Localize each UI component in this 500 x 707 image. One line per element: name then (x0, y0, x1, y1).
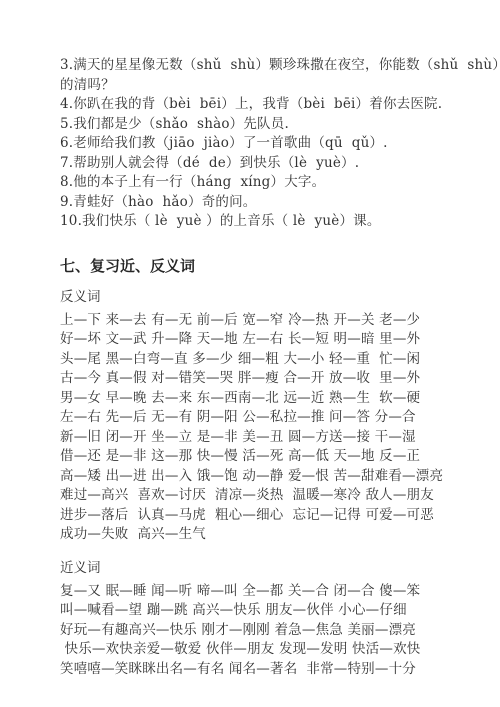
exercise-line: 6.老师给我们教（jiāo jiào）了一首歌曲（qū qǔ）. (60, 134, 460, 154)
antonym-line: 新—旧 闭—开 坐—立 是—非 美—丑 圆—方送—接 干—湿 (60, 428, 460, 448)
pinyin-exercise-block: 3.满天的星星像无数（shǔ shù）颗珍珠撒在夜空，你能数（shǔ shù） … (60, 56, 460, 232)
antonyms-block: 上—下 来—去 有—无 前—后 宽—窄 冷—热 开—关 老—少 好—坏 文—武 … (60, 311, 460, 545)
document-page: 3.满天的星星像无数（shǔ shù）颗珍珠撒在夜空，你能数（shǔ shù） … (0, 0, 500, 707)
antonym-line: 借—还 是—非 这—那 快—慢 活—死 高—低 天—地 反—正 (60, 447, 460, 467)
antonym-line: 左—右 先—后 无—有 阴—阳 公—私拉—推 问—答 分—合 (60, 408, 460, 428)
antonym-line: 高—矮 出—进 出—入 饿—饱 动—静 爱—恨 苦—甜难看—漂亮 (60, 467, 460, 487)
exercise-line: 4.你趴在我的背（bèi bēi）上，我背（bèi bēi）着你去医院. (60, 95, 460, 115)
antonym-line: 难过—高兴 喜欢—讨厌 清凉—炎热 温暖—寒冷 敌人—朋友 (60, 486, 460, 506)
synonym-line: 快乐—欢快亲爱—敬爱 伙伴—朋友 发现—发明 快活—欢快 (60, 640, 460, 660)
antonyms-label: 反义词 (60, 288, 460, 307)
synonym-line: 叫—喊看—望 蹦—跳 高兴—快乐 朋友—伙伴 小心—仔细 (60, 601, 460, 621)
antonym-line: 男—女 早—晚 去—来 东—西南—北 远—近 熟—生 软—硬 (60, 389, 460, 409)
exercise-line: 10.我们快乐（ lè yuè ）的上音乐（ lè yuè）课。 (60, 212, 460, 232)
exercise-line: 3.满天的星星像无数（shǔ shù）颗珍珠撒在夜空，你能数（shǔ shù） (60, 56, 460, 76)
synonyms-label: 近义词 (60, 559, 460, 578)
synonym-line: 复—又 眠—睡 闻—听 啼—叫 全—都 关—合 闭—合 傻—笨 (60, 582, 460, 602)
antonym-line: 古—今 真—假 对—错笑—哭 胖—瘦 合—开 放—收 里—外 (60, 369, 460, 389)
exercise-line: 8.他的本子上有一行（háng xíng）大字。 (60, 173, 460, 193)
exercise-line: 的清吗？ (60, 76, 460, 96)
exercise-line: 7.帮助别人就会得（dé de）到快乐（lè yuè）. (60, 154, 460, 174)
antonym-line: 进步—落后 认真—马虎 粗心—细心 忘记—记得 可爱—可恶 (60, 506, 460, 526)
synonyms-block: 复—又 眠—睡 闻—听 啼—叫 全—都 关—合 闭—合 傻—笨 叫—喊看—望 蹦… (60, 582, 460, 680)
antonym-line: 上—下 来—去 有—无 前—后 宽—窄 冷—热 开—关 老—少 (60, 311, 460, 331)
antonym-line: 头—尾 黑—白弯—直 多—少 细—粗 大—小 轻—重 忙—闲 (60, 350, 460, 370)
exercise-line: 9.青蛙好（hào hǎo）奇的问。 (60, 193, 460, 213)
exercise-line: 5.我们都是少（shǎo shào）先队员. (60, 115, 460, 135)
antonym-line: 好—坏 文—武 升—降 天—地 左—右 长—短 明—暗 里—外 (60, 330, 460, 350)
antonym-line: 成功—失败 高兴—生气 (60, 525, 460, 545)
synonym-line: 笑嘻嘻—笑眯眯出名—有名 闻名—著名 非常—特别—十分 (60, 660, 460, 680)
synonym-line: 好玩—有趣高兴—快乐 刚才—刚刚 着急—焦急 美丽—漂亮 (60, 621, 460, 641)
section-title: 七、复习近、反义词 (60, 256, 460, 276)
